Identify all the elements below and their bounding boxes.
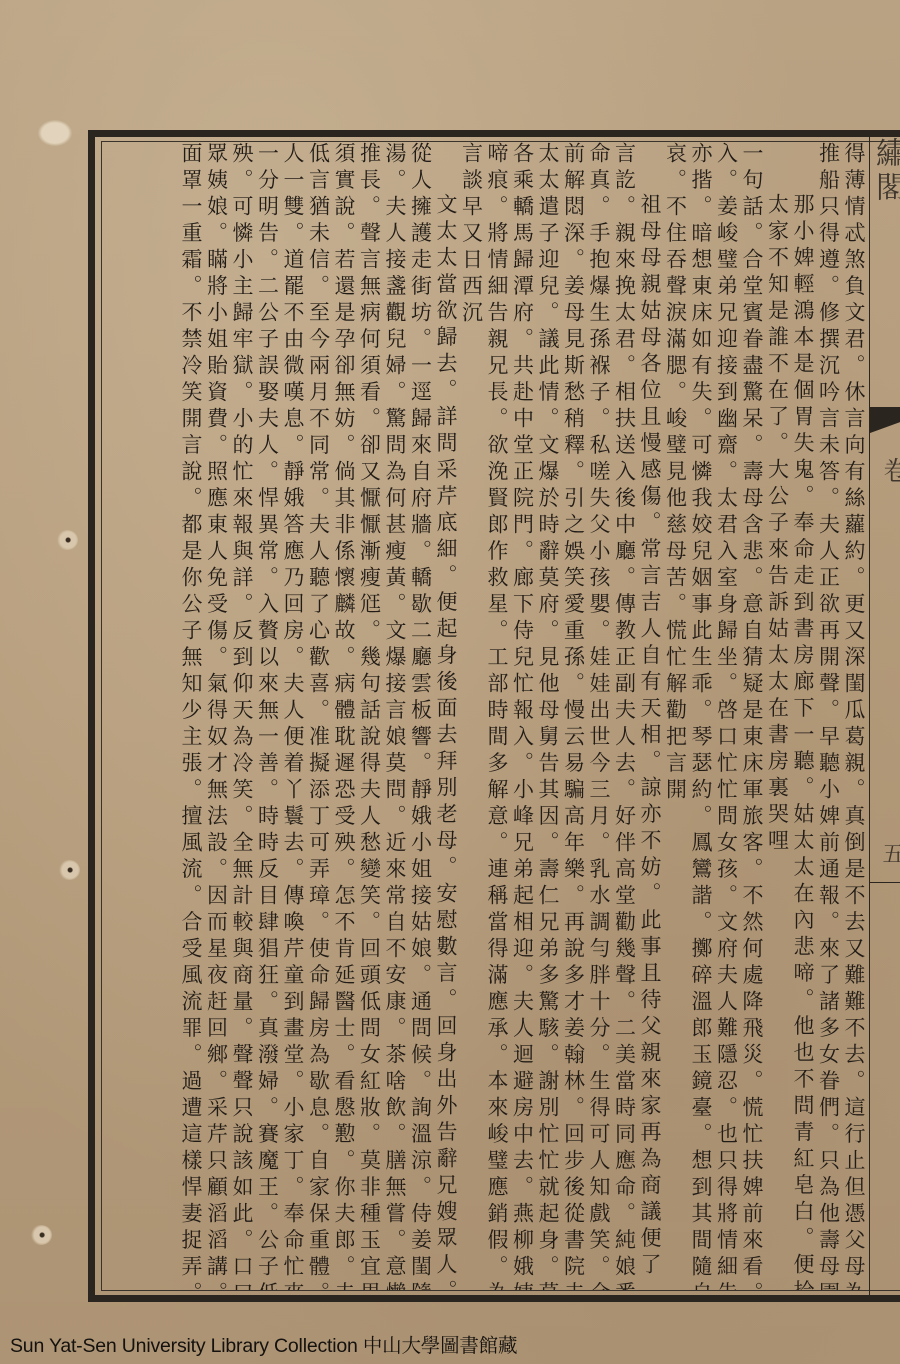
text-column: 推船只得遵。修撰沉吟言未答。夫人正欲再開聲。早聽小婢前通報。來了諸多女眷們。只為… <box>815 138 841 1290</box>
text-column: 前解悶深。姜母見斯愁稍釋。引之娛笑愛重孫。慢云易騙高年樂。再說多才姜翰林。回步後… <box>560 138 586 1290</box>
text-column: 一分明告。二公子誤娶夫人。悍異常。入贅以來無一善。時時反目肆猖狂。真潑婦。賽魔王… <box>254 138 280 1290</box>
banxin-folio-number: 五 <box>876 842 900 864</box>
text-column: 從人擁護走街坊。一逕歸來自府牆。轎歇二廳雲板響。靜娥小姐接姑娘。通問候。詢溫涼。… <box>407 138 433 1290</box>
text-column: 命真。手抱爆生孫褓子。私嗟失父小孩嬰。娃娃出世今三月。乳水調勻胖十分。生得可人知… <box>586 138 612 1290</box>
text-column: 低言猶未信。至今兩月不同常。夫人聽了心歡喜。准擬添丁可弄璋。使命歸房為歇息。自家… <box>305 138 331 1290</box>
banxin-divider <box>870 882 900 883</box>
text-column: 得薄情忒煞負文君。休言向有絲蘿約。更又深閨瓜葛親。真倒是不去又難難不去。這行止但… <box>841 138 867 1290</box>
vertical-text-body: 得薄情忒煞負文君。休言向有絲蘿約。更又深閨瓜葛親。真倒是不去又難難不去。這行止但… <box>100 138 866 1290</box>
text-column: 推長。聲言無病何須看。卻又懨懨漸瘦尩。幾句話說得夫人愁變笑。回頭低問女紅妝。莫非… <box>356 138 382 1290</box>
text-column: 啼痕。將情細告親兄長。欲浼賢郎作救星。工部時間多解意。連稱當得滿應承。本來峻璧應… <box>484 138 510 1290</box>
banxin-title: 繡閣 <box>874 137 900 205</box>
text-column: 太家不知是誰不在了。大公子來告訴姑太太在書房裏哭哩 <box>764 138 790 1290</box>
text-column: 太太遣子迎兒。議此情。文爆於時辭莫府。見他母舅告其因。壽仁兄弟多驚駭。謝別忙忙就… <box>535 138 561 1290</box>
text-column: 文太太當欲歸去。詳問采芹底細。便起身後面去拜別老母。安慰數言。回身出外告辭兄嫂眾… <box>433 138 459 1290</box>
binding-hole <box>56 530 78 550</box>
text-column: 須實說。若還是孕卻無妨。倘其非係懷麟故。病體耽遲恐受殃。怎不肯延醫士。看慇懃。你… <box>331 138 357 1290</box>
text-column: 祖母母親姑母各位且慢感傷。常言吉人自有天相。諒亦不妨。此事且待父親來家再為商議便… <box>637 138 663 1290</box>
text-column: 言談早又日西沉 <box>458 138 484 1290</box>
library-collection-caption: Sun Yat-Sen University Library Collectio… <box>10 1330 517 1358</box>
binding-hole <box>58 860 80 880</box>
text-column: 言訖。親來挽太君。相扶送入後中廳。傳教正副夫人去。好伴高堂勸幾聲。二美當時同應命… <box>611 138 637 1290</box>
text-column: 亦揩。暗想東床如有失。可憐我姣兒姻事此生乖。琴瑟約。鳳鸞諧。擲碎溫郎玉鏡臺。想到… <box>688 138 714 1290</box>
banxin-volume: 卷 <box>876 457 900 483</box>
center-fold-strip: 繡閣 卷 五 <box>869 137 900 1295</box>
text-column: 殃。可憐小主歸牢獄。小的忙來報與詳。反到仰天為冷笑。全無計較與商量。聲聲只說該如… <box>229 138 255 1290</box>
paper-tear <box>38 120 72 146</box>
text-column: 各乘轎馬歸潭府。共赴中堂正院門。廊下侍兒忙報入。小峰兄弟起相迎。夫人迴避房中去。… <box>509 138 535 1290</box>
text-column: 一句話。合堂賓眷盡驚呆。壽母含悲。意自猜疑是東床軍旅客。不然何處降飛災。慌忙扶婢… <box>739 138 765 1290</box>
fishtail-mark <box>870 407 900 443</box>
text-column: 哀。不住吞聲淚滿腮。峻璧見他慈母苦。慌忙解勸把言開 <box>662 138 688 1290</box>
text-column: 眾姨娘。瞞將小姐貽資費。照應東人免受傷。氣得奴才無法設。因而星夜赶回鄉。采芹只顧… <box>203 138 229 1290</box>
text-column: 湯。夫人接盞觀兒婦。驚問為何甚瘦黃。文爆接言娘莫問。近來常自不安康。茶啥飲。膳無… <box>382 138 408 1290</box>
binding-hole <box>30 1225 52 1245</box>
text-column: 入。姜峻璧弟兄迎接到幽齋。太君入室身歸坐。啓口忙忙問女孩。文府夫人難隱忍。也只得… <box>713 138 739 1290</box>
text-column: 那小婢輕鴻本是個胃失鬼。奉命走到書房廊下一聽。姑太太在內悲啼。他也不問青紅皂白。… <box>790 138 816 1290</box>
text-column: 面罩一重霜。不禁冷笑開言說。都是你公子無知少主張。擅風流。合受風流罪。過遭這樣悍… <box>178 138 204 1290</box>
text-column: 人一雙。道罷不由微嘆息。靜娥答應乃回房。夫人便着丫鬟去。傳喚芹童到畫堂。小家丁。… <box>280 138 306 1290</box>
